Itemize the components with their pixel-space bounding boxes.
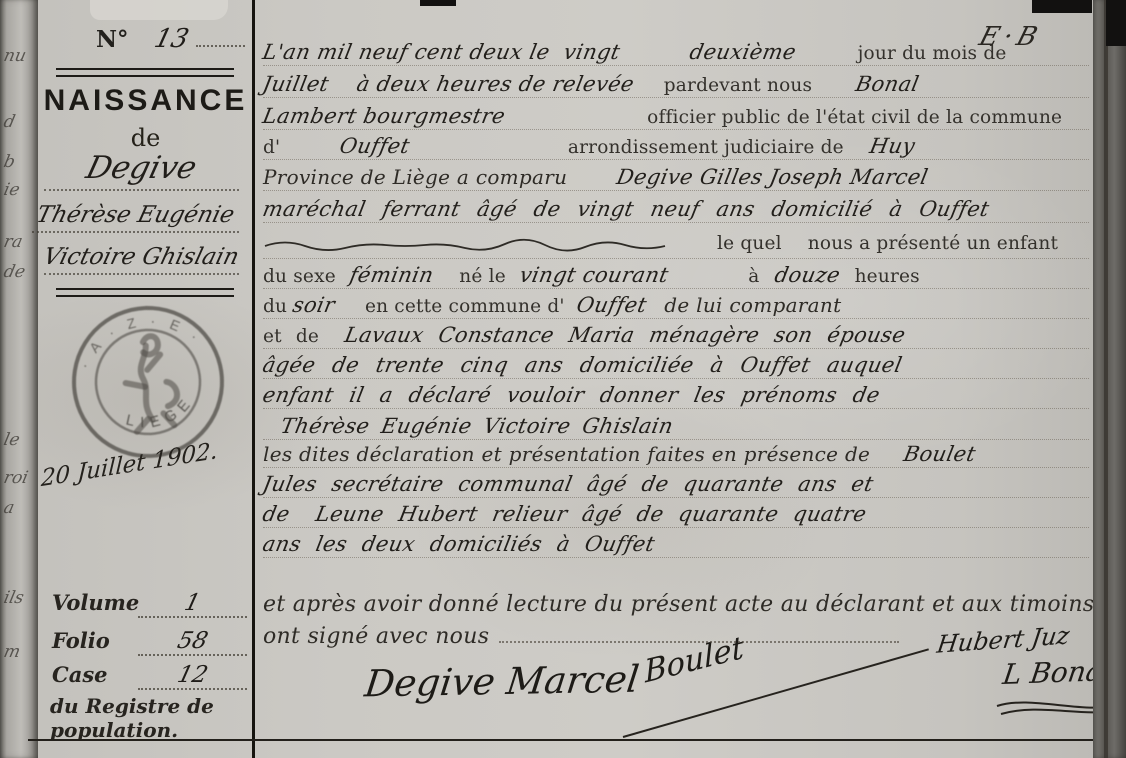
previous-page-text-fragment: b [2,152,17,172]
previous-page-text-fragment: ie [2,180,22,200]
volume-value: 1 [182,590,203,616]
dotted-leader: 12 [138,662,247,690]
handwritten-text: Ouffet [574,293,648,317]
handwritten-text: maréchal ferrant âgé de vingt neuf ans d… [261,197,992,221]
handwritten-text: ans les deux domiciliés à Ouffet [261,532,657,556]
body-line: et après avoir donné lecture du présent … [263,592,1089,619]
handwritten-text: Lavaux Constance Maria ménagère son épou… [343,323,908,347]
body-line: L'an mil neuf cent deux levingtdeuxièmej… [263,40,1089,67]
folio-value: 58 [175,628,211,654]
scanned-page: nudbieradeleroiailsm N° 13 NAISSANCE de … [0,0,1126,758]
handwritten-text: L'an mil neuf cent deux le [261,40,552,64]
handwritten-text: Degive Gilles Joseph Marcel [615,165,931,189]
handwritten-text: Boulet [902,442,978,466]
case-value: 12 [175,662,211,688]
handwritten-text: enfant il a déclaré vouloir donner les p… [261,383,882,407]
dotted-leader: 58 [138,628,247,656]
body-line: Lambert bourgmestreofficier public de l'… [263,104,1089,131]
child-surname: Degive [44,150,239,191]
handwritten-text: Huy [867,134,917,158]
scan-artifact [420,0,456,6]
body-line: enfant il a déclaré vouloir donner les p… [263,383,1089,410]
previous-page-text-fragment: ils [2,588,26,608]
handwritten-text: Juillet [261,72,331,96]
handwritten-text: vingt courant [518,263,671,287]
body-line: Thérèse Eugénie Victoire Ghislain [263,414,1089,441]
act-number-label: N° [96,26,129,53]
printed-text: et après avoir donné lecture du présent … [263,592,1093,617]
child-given-names-1-text: Thérèse Eugénie [34,202,237,228]
handwritten-text: féminin [348,263,436,287]
handwritten-text: Thérèse Eugénie Victoire Ghislain [279,414,676,438]
printed-text: en cette commune d' [365,296,565,317]
dotted-leader: 1 [138,590,247,618]
book-gutter [1093,0,1126,758]
previous-page-text-fragment: nu [2,46,28,66]
body-line: d'Ouffetarrondissement judiciaire deHuy [263,134,1089,161]
body-line: Jules secrétaire communal âgé de quarant… [263,472,1089,499]
previous-page-text-fragment: d [2,112,17,132]
printed-text: du sexe [263,266,336,287]
handwritten-text: deuxième [687,40,798,64]
printed-text: du [263,296,287,317]
act-number-row: N° 13 [96,24,245,54]
signature-declarant: Degive Marcel [362,658,641,706]
filler-stroke-icon [263,238,693,252]
body-line: Juilletà deux heures de relevéepardevant… [263,72,1089,99]
handwritten-text: Ouffet [338,134,412,158]
body-line: et deLavaux Constance Maria ménagère son… [263,323,1089,350]
handwritten-text: Jules secrétaire communal âgé de quarant… [261,472,876,496]
printed-text: d' [263,137,280,158]
body-line: ont signé avec nous [263,624,1089,651]
registry-folio-row: Folio 58 [52,628,247,656]
printed-text: les dites déclaration et présentation fa… [263,442,870,466]
printed-text: Province de Liège a comparu [263,165,567,189]
body-line: du sexefémininné levingt courantàdouzehe… [263,263,1089,290]
body-line: ans les deux domiciliés à Ouffet [263,532,1089,559]
printed-text: ont signé avec nous [263,624,489,649]
margin-column: N° 13 NAISSANCE de Degive Thérèse Eugéni… [38,0,253,758]
body-line: âgée de trente cinq ans domiciliée à Ouf… [263,353,1089,380]
printed-text: né le [459,266,506,287]
body-line: Province de Liège a comparuDegive Gilles… [263,165,1089,192]
printed-text: officier public de l'état civil de la co… [647,107,1062,128]
previous-page-edge: nudbieradeleroiailsm [0,0,38,758]
handwritten-text: à deux heures de relevée [354,72,636,96]
gutter-shadow-line [1104,0,1108,758]
child-given-names-2-text: Victoire Ghislain [41,244,242,270]
double-rule [56,68,234,77]
printed-text: à [748,266,759,287]
previous-page-text-fragment: de [2,262,27,282]
registry-case-row: Case 12 [52,662,247,690]
printed-text: heures [855,266,920,287]
clerk-initials: E·B [976,22,1046,52]
handwritten-text: de [261,502,292,526]
previous-page-text-fragment: a [2,498,16,518]
handwritten-text: âgée de trente cinq ans domiciliée à Ouf… [261,353,905,377]
scan-artifact [1032,0,1092,13]
child-surname-text: Degive [83,150,201,186]
handwritten-text: soir [291,293,337,317]
printed-text: nous a présenté un enfant [808,233,1058,254]
handwritten-text: Lambert bourgmestre [261,104,508,128]
act-body: Degive Marcel Boulet Hubert Juz L Bonal … [255,0,1093,758]
registry-volume-row: Volume 1 [52,590,247,618]
printed-text: le quel [717,233,782,254]
handwritten-text: Leune Hubert relieur âgé de quarante qua… [313,502,868,526]
body-line: deLeune Hubert relieur âgé de quarante q… [263,502,1089,529]
printed-text: arrondissement judiciaire de [568,137,844,158]
dotted-leader [499,627,899,643]
act-number-value: 13 [151,24,192,54]
signature-flourish-icon [993,692,1093,722]
printed-text: de lui comparant [664,293,841,317]
section-particle: de [38,124,253,152]
child-given-names-1: Thérèse Eugénie [32,202,239,233]
paper-tear [90,0,228,20]
registry-footer: du Registre de population. [50,694,253,742]
signature-officer: L Bonal [1001,654,1093,691]
printed-text: et de [263,326,319,347]
previous-page-text-fragment: ra [2,232,25,252]
body-line: dusoiren cette commune d'Ouffetde lui co… [263,293,1089,320]
child-given-names-2: Victoire Ghislain [44,244,239,275]
body-line: le quelnous a présenté un enfant [263,233,1089,260]
handwritten-text: vingt [561,40,622,64]
body-line: les dites déclaration et présentation fa… [263,442,1089,469]
handwritten-text: Bonal [854,72,922,96]
folio-label: Folio [52,628,138,653]
printed-text: pardevant nous [664,75,812,96]
scan-artifact [1106,0,1126,46]
section-title: NAISSANCE [38,84,253,118]
dotted-leader [196,41,245,47]
volume-label: Volume [52,590,138,615]
previous-page-text-fragment: m [2,642,22,662]
previous-page-text-fragment: le [2,430,22,450]
handwritten-text: douze [773,263,843,287]
case-label: Case [52,662,138,687]
previous-page-text-fragment: roi [2,468,30,488]
body-line: maréchal ferrant âgé de vingt neuf ans d… [263,197,1089,224]
